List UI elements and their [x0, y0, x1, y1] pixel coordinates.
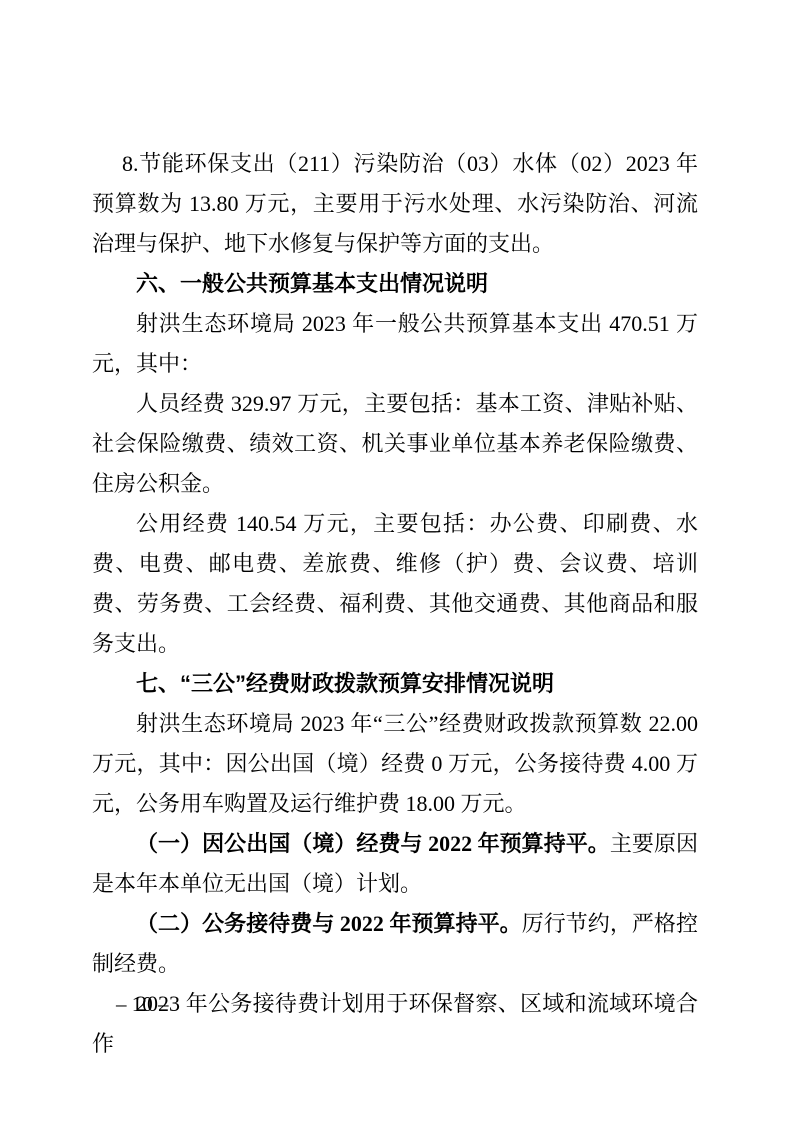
official-reception-bold-lead: （二）公务接待费与 2022 年预算持平。 [136, 911, 522, 936]
overseas-travel-bold-lead: （一）因公出国（境）经费与 2022 年预算持平。 [136, 831, 610, 856]
paragraph-overseas-travel-funds: （一）因公出国（境）经费与 2022 年预算持平。主要原因是本年本单位无出国（境… [92, 824, 698, 904]
page-number: – 10 – [116, 990, 169, 1018]
paragraph-three-public-funds-total: 射洪生态环境局 2023 年“三公”经费财政拨款预算数 22.00 万元，其中：… [92, 704, 698, 824]
paragraph-reception-plan: 2023 年公务接待费计划用于环保督察、区域和流域环境合作 [92, 984, 698, 1064]
heading-section-6: 六、一般公共预算基本支出情况说明 [92, 264, 698, 304]
paragraph-energy-conservation-expenditure: 8.节能环保支出（211）污染防治（03）水体（02）2023 年预算数为 13… [92, 144, 698, 264]
heading-section-7: 七、“三公”经费财政拨款预算安排情况说明 [92, 664, 698, 704]
document-page: 8.节能环保支出（211）污染防治（03）水体（02）2023 年预算数为 13… [0, 0, 793, 1122]
paragraph-public-operating-funds: 公用经费 140.54 万元，主要包括：办公费、印刷费、水费、电费、邮电费、差旅… [92, 504, 698, 664]
document-body: 8.节能环保支出（211）污染防治（03）水体（02）2023 年预算数为 13… [92, 144, 698, 1064]
paragraph-personnel-funds: 人员经费 329.97 万元，主要包括：基本工资、津贴补贴、社会保险缴费、绩效工… [92, 384, 698, 504]
paragraph-official-reception-funds: （二）公务接待费与 2022 年预算持平。厉行节约，严格控制经费。 [92, 904, 698, 984]
paragraph-basic-expenditure-total: 射洪生态环境局 2023 年一般公共预算基本支出 470.51 万元，其中： [92, 304, 698, 384]
